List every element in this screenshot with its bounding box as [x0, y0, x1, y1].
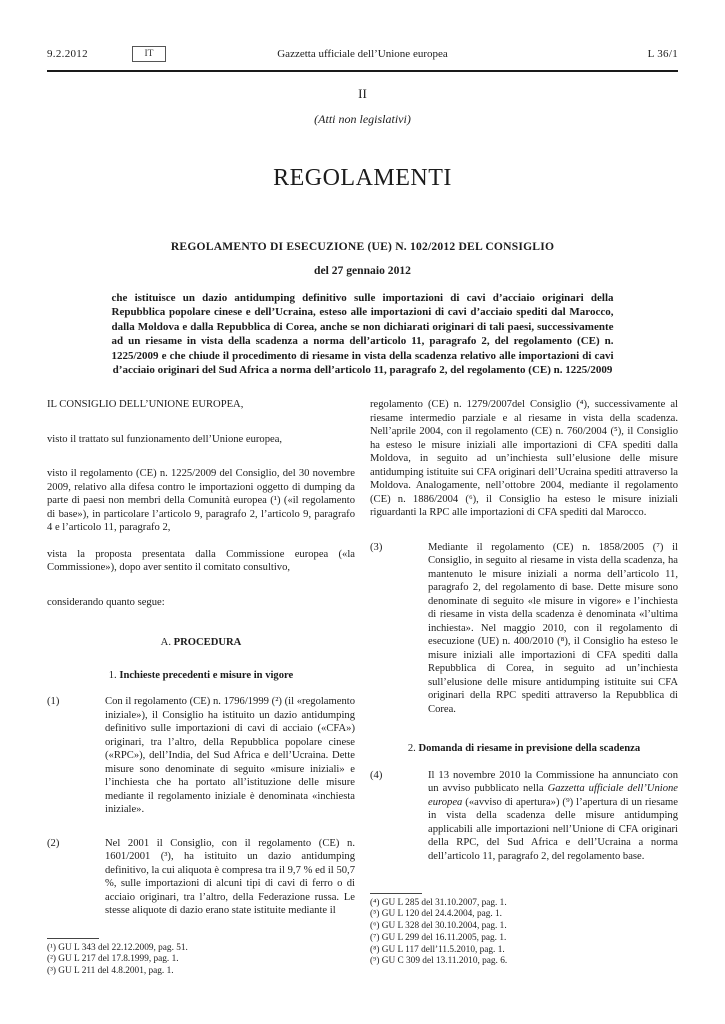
- language-badge: IT: [132, 46, 166, 62]
- recital-2-number: (2): [47, 837, 105, 918]
- footnote-2: (²) GU L 217 del 17.8.1999, pag. 1.: [47, 954, 355, 966]
- page-number: L 36/1: [648, 48, 678, 60]
- recital-3: (3) Mediante il regolamento (CE) n. 1858…: [370, 541, 678, 717]
- recital-3-text: Mediante il regolamento (CE) n. 1858/200…: [428, 541, 678, 717]
- subsection-heading-1-text: Inchieste precedenti e misure in vigore: [119, 670, 293, 681]
- footnote-8: (⁸) GU L 117 dell’11.5.2010, pag. 1.: [370, 945, 678, 957]
- section-heading-a: A. PROCEDURA: [47, 636, 355, 650]
- regulation-date: del 27 gennaio 2012: [0, 264, 725, 277]
- footnote-7: (⁷) GU L 299 del 16.11.2005, pag. 1.: [370, 933, 678, 945]
- preamble-basic-regulation: visto il regolamento (CE) n. 1225/2009 d…: [47, 467, 355, 535]
- preamble-council: IL CONSIGLIO DELL’UNIONE EUROPEA,: [47, 398, 355, 412]
- subsection-heading-2-text: Domanda di riesame in previsione della s…: [418, 743, 640, 754]
- regulations-heading: REGOLAMENTI: [0, 165, 725, 192]
- preamble-considering: considerando quanto segue:: [47, 596, 355, 610]
- body-columns: IL CONSIGLIO DELL’UNIONE EUROPEA, visto …: [47, 398, 678, 968]
- recital-4-number: (4): [370, 769, 428, 864]
- footnote-9: (⁹) GU C 309 del 13.11.2010, pag. 6.: [370, 956, 678, 968]
- recital-2-text: Nel 2001 il Consiglio, con il regolament…: [105, 837, 355, 918]
- right-column: regolamento (CE) n. 1279/2007del Consigl…: [370, 398, 678, 968]
- preamble-proposal: vista la proposta presentata dalla Commi…: [47, 548, 355, 575]
- section-heading-a-text: PROCEDURA: [174, 637, 242, 648]
- footnote-4: (⁴) GU L 285 del 31.10.2007, pag. 1.: [370, 898, 678, 910]
- preamble-treaty: visto il trattato sul funzionamento dell…: [47, 433, 355, 447]
- recital-2: (2) Nel 2001 il Consiglio, con il regola…: [47, 837, 355, 918]
- journal-title: Gazzetta ufficiale dell’Unione europea: [277, 48, 448, 60]
- header-date: 9.2.2012: [47, 48, 88, 60]
- footnote-6: (⁶) GU L 328 del 30.10.2004, pag. 1.: [370, 921, 678, 933]
- recital-4-text-post: («avviso di apertura») (⁹) l’apertura di…: [428, 797, 678, 862]
- subsection-heading-1: 1. Inchieste precedenti e misure in vigo…: [47, 669, 355, 683]
- recital-2-continuation: regolamento (CE) n. 1279/2007del Consigl…: [370, 398, 678, 520]
- subsection-heading-2: 2. Domanda di riesame in previsione dell…: [370, 742, 678, 756]
- footnote-5: (⁵) GU L 120 del 24.4.2004, pag. 1.: [370, 909, 678, 921]
- subsection-heading-2-label: 2.: [408, 743, 416, 754]
- recital-3-number: (3): [370, 541, 428, 717]
- recital-4: (4) Il 13 novembre 2010 la Commissione h…: [370, 769, 678, 864]
- footnote-rule: [370, 893, 422, 894]
- recital-4-text: Il 13 novembre 2010 la Commissione ha an…: [428, 769, 678, 864]
- section-heading-a-label: A.: [161, 637, 171, 648]
- footnote-rule: [47, 938, 99, 939]
- recital-1-text: Con il regolamento (CE) n. 1796/1999 (²)…: [105, 695, 355, 817]
- journal-page: 9.2.2012 IT Gazzetta ufficiale dell’Unio…: [0, 0, 725, 1024]
- page-header: 9.2.2012 IT Gazzetta ufficiale dell’Unio…: [47, 46, 678, 72]
- regulation-subject: che istituisce un dazio antidumping defi…: [112, 291, 614, 377]
- footnotes-right: (⁴) GU L 285 del 31.10.2007, pag. 1. (⁵)…: [370, 893, 678, 968]
- regulation-title: REGOLAMENTO DI ESECUZIONE (UE) N. 102/20…: [0, 240, 725, 253]
- left-column: IL CONSIGLIO DELL’UNIONE EUROPEA, visto …: [47, 398, 355, 968]
- footnote-3: (³) GU L 211 del 4.8.2001, pag. 1.: [47, 966, 355, 978]
- section-number: II: [0, 86, 725, 102]
- footnotes-left: (¹) GU L 343 del 22.12.2009, pag. 51. (²…: [47, 938, 355, 978]
- section-subtitle: (Atti non legislativi): [0, 112, 725, 127]
- language-code: IT: [145, 49, 154, 59]
- footnote-1: (¹) GU L 343 del 22.12.2009, pag. 51.: [47, 943, 355, 955]
- recital-1-number: (1): [47, 695, 105, 817]
- subsection-heading-1-label: 1.: [109, 670, 117, 681]
- recital-1: (1) Con il regolamento (CE) n. 1796/1999…: [47, 695, 355, 817]
